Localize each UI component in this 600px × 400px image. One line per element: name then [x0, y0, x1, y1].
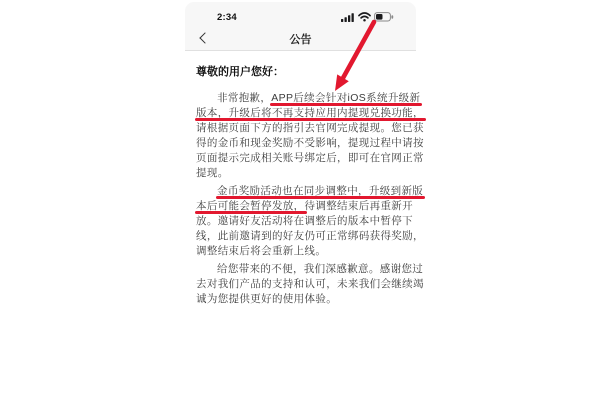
text-segment: 诚为您提供更好的使用体验。: [196, 293, 337, 305]
nav-bar: 公告: [185, 27, 416, 51]
battery-icon: [374, 12, 394, 22]
back-button[interactable]: [198, 31, 212, 45]
greeting-heading: 尊敬的用户您好：: [196, 65, 412, 80]
red-underlined-text: APP后续会针对iOS系统升级新: [271, 92, 420, 104]
phone-screenshot: 2:34: [185, 2, 416, 310]
text-line: 请根据页面下方的指引去官网完成提现。您已获: [196, 121, 412, 136]
announcement-paragraphs: 非常抱歉，APP后续会针对iOS系统升级新版本，升级后将不再支持应用内提现兑换功…: [196, 91, 412, 307]
paragraph: 给您带来的不便，我们深感歉意。感谢您过去对我们产品的支持和认可，未来我们会继续竭…: [196, 262, 412, 307]
text-segment: 请根据页面下方的指引去官网完成提现。您已获: [196, 122, 424, 134]
text-segment: 得的金币和现金奖励不受影响，提现过程中请按: [196, 137, 424, 149]
screenshot-canvas: 2:34: [0, 0, 600, 400]
chevron-left-icon: [199, 32, 210, 43]
signal-bars-icon: [341, 13, 355, 22]
text-line: 去对我们产品的支持和认可，未来我们会继续竭: [196, 277, 412, 292]
text-line: 给您带来的不便，我们深感歉意。感谢您过: [196, 262, 412, 277]
red-underlined-text: 本后可能会暂停发放，: [196, 200, 305, 212]
text-line: 放。邀请好友活动将在调整后的版本中暂停下: [196, 214, 412, 229]
text-line: 诚为您提供更好的使用体验。: [196, 292, 412, 307]
text-segment: 放。邀请好友活动将在调整后的版本中暂停下: [196, 215, 413, 227]
text-line: 线，此前邀请到的好友仍可正常绑码获得奖励，: [196, 229, 412, 244]
text-line: 调整结束后将会重新上线。: [196, 244, 412, 259]
text-line: 非常抱歉，APP后续会针对iOS系统升级新: [196, 91, 412, 106]
text-segment: 页面提示完成相关账号绑定后，即可在官网正常: [196, 152, 424, 164]
page-title: 公告: [290, 31, 312, 47]
status-bar: 2:34: [185, 2, 416, 27]
status-time: 2:34: [217, 12, 237, 23]
red-underlined-text: 版本，升级后将不再支持应用内提现兑换功能，: [196, 107, 424, 119]
status-nav-bar: 2:34: [185, 2, 416, 51]
paragraph: 金币奖励活动也在同步调整中，升级到新版本后可能会暂停发放，待调整结束后再重新开放…: [196, 184, 412, 259]
text-segment: 去对我们产品的支持和认可，未来我们会继续竭: [196, 278, 424, 290]
text-segment: 待调整结束后再重新开: [305, 200, 414, 212]
text-line: 提现。: [196, 166, 412, 181]
text-segment: 提现。: [196, 167, 229, 179]
announcement-content: 尊敬的用户您好： 非常抱歉，APP后续会针对iOS系统升级新版本，升级后将不再支…: [185, 51, 416, 307]
paragraph: 非常抱歉，APP后续会针对iOS系统升级新版本，升级后将不再支持应用内提现兑换功…: [196, 91, 412, 181]
text-line: 本后可能会暂停发放，待调整结束后再重新开: [196, 199, 412, 214]
status-icons: [341, 12, 394, 22]
red-underlined-text: 金币奖励活动也在同步调整中，升级到新版: [217, 185, 423, 197]
text-line: 金币奖励活动也在同步调整中，升级到新版: [196, 184, 412, 199]
text-segment: 给您带来的不便，我们深感歉意。感谢您过: [217, 263, 423, 275]
text-segment: 线，此前邀请到的好友仍可正常绑码获得奖励，: [196, 230, 424, 242]
wifi-icon: [358, 12, 371, 22]
text-segment: 调整结束后将会重新上线。: [196, 245, 326, 257]
text-line: 版本，升级后将不再支持应用内提现兑换功能，: [196, 106, 412, 121]
text-line: 页面提示完成相关账号绑定后，即可在官网正常: [196, 151, 412, 166]
text-line: 得的金币和现金奖励不受影响，提现过程中请按: [196, 136, 412, 151]
text-segment: 非常抱歉，: [217, 92, 271, 104]
